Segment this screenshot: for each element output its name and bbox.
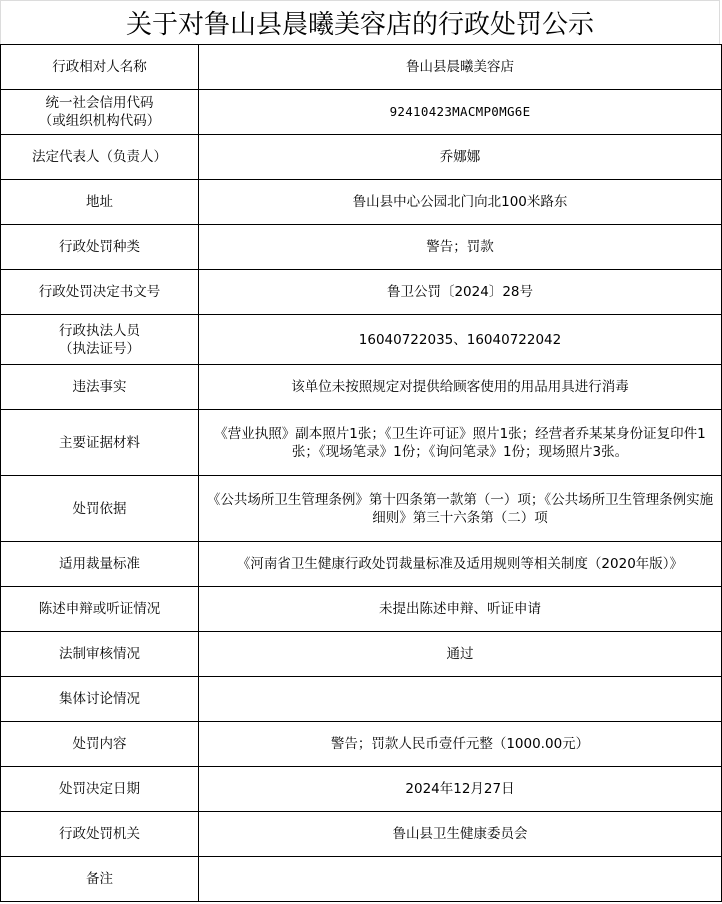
label-text: 行政处罚决定书文号 (39, 283, 161, 301)
row-label: 法制审核情况 (1, 632, 199, 677)
label-text: 适用裁量标准 (59, 555, 140, 573)
value-text: 16040722035、16040722042 (359, 331, 561, 349)
row-value: 乔娜娜 (199, 135, 722, 180)
row-label: 陈述申辩或听证情况 (1, 587, 199, 632)
table-row-decision-date: 处罚决定日期 2024年12月27日 (1, 767, 722, 812)
table-row-evidence: 主要证据材料 《营业执照》副本照片1张；《卫生许可证》照片1张；经营者乔某某身份… (1, 410, 722, 476)
value-text: 鲁山县卫生健康委员会 (393, 825, 528, 843)
row-value: 该单位未按照规定对提供给顾客使用的用品用具进行消毒 (199, 365, 722, 410)
row-value: 92410423MACMP0MG6E (199, 90, 722, 135)
label-text: 处罚依据 (73, 500, 127, 518)
table-row-collective-discussion: 集体讨论情况 (1, 677, 722, 722)
row-value: 鲁山县卫生健康委员会 (199, 812, 722, 857)
table-row-enforcement-officers: 行政执法人员 （执法证号） 16040722035、16040722042 (1, 315, 722, 365)
row-label: 主要证据材料 (1, 410, 199, 476)
value-text: 乔娜娜 (440, 148, 481, 166)
value-text: 鲁山县晨曦美容店 (406, 58, 514, 76)
label-text: 备注 (86, 870, 113, 888)
table-row-legal-review: 法制审核情况 通过 (1, 632, 722, 677)
row-value: 鲁卫公罚〔2024〕28号 (199, 270, 722, 315)
credit-code-value: 92410423MACMP0MG6E (390, 103, 531, 121)
row-label: 违法事实 (1, 365, 199, 410)
table-row-credit-code: 统一社会信用代码 （或组织机构代码） 92410423MACMP0MG6E (1, 90, 722, 135)
value-text: 《公共场所卫生管理条例》第十四条第一款第（一）项；《公共场所卫生管理条例实施细则… (205, 491, 715, 527)
title-cell: 关于对鲁山县晨曦美容店的行政处罚公示 (0, 0, 720, 44)
table-row-decision-number: 行政处罚决定书文号 鲁卫公罚〔2024〕28号 (1, 270, 722, 315)
table-row-remarks: 备注 (1, 857, 722, 902)
value-text: 《河南省卫生健康行政处罚裁量标准及适用规则等相关制度（2020年版）》 (237, 555, 683, 573)
row-value (199, 677, 722, 722)
value-text: 鲁卫公罚〔2024〕28号 (387, 283, 533, 301)
row-value: 鲁山县中心公园北门向北100米路东 (199, 180, 722, 225)
row-label: 行政处罚种类 (1, 225, 199, 270)
value-text: 该单位未按照规定对提供给顾客使用的用品用具进行消毒 (291, 378, 629, 396)
row-value (199, 857, 722, 902)
row-label: 行政执法人员 （执法证号） (1, 315, 199, 365)
row-label: 备注 (1, 857, 199, 902)
table-row-penalty-content: 处罚内容 警告；罚款人民币壹仟元整（1000.00元） (1, 722, 722, 767)
row-label: 处罚内容 (1, 722, 199, 767)
row-label: 处罚决定日期 (1, 767, 199, 812)
row-value: 警告；罚款 (199, 225, 722, 270)
row-value: 《河南省卫生健康行政处罚裁量标准及适用规则等相关制度（2020年版）》 (199, 542, 722, 587)
row-value: 警告；罚款人民币壹仟元整（1000.00元） (199, 722, 722, 767)
label-text: 集体讨论情况 (59, 690, 140, 708)
label-text-line2: （执法证号） (59, 340, 140, 358)
label-text: 地址 (86, 193, 113, 211)
row-label: 集体讨论情况 (1, 677, 199, 722)
row-label: 行政处罚机关 (1, 812, 199, 857)
table-row-penalty-type: 行政处罚种类 警告；罚款 (1, 225, 722, 270)
label-text: 陈述申辩或听证情况 (39, 600, 161, 618)
label-text: 法定代表人（负责人） (32, 148, 167, 166)
row-value: 2024年12月27日 (199, 767, 722, 812)
label-text: 违法事实 (73, 378, 127, 396)
row-label: 行政处罚决定书文号 (1, 270, 199, 315)
label-text: 主要证据材料 (59, 434, 140, 452)
table-row-party-name: 行政相对人名称 鲁山县晨曦美容店 (1, 45, 722, 90)
row-label: 地址 (1, 180, 199, 225)
table-row-statement-hearing: 陈述申辩或听证情况 未提出陈述申辩、听证申请 (1, 587, 722, 632)
label-text: 行政相对人名称 (52, 58, 147, 76)
label-text: 法制审核情况 (59, 645, 140, 663)
table-row-legal-rep: 法定代表人（负责人） 乔娜娜 (1, 135, 722, 180)
row-value: 通过 (199, 632, 722, 677)
label-text: 行政处罚种类 (59, 238, 140, 256)
row-value: 16040722035、16040722042 (199, 315, 722, 365)
value-text: 《营业执照》副本照片1张；《卫生许可证》照片1张；经营者乔某某身份证复印件1张；… (205, 425, 715, 461)
table-row-discretion-standard: 适用裁量标准 《河南省卫生健康行政处罚裁量标准及适用规则等相关制度（2020年版… (1, 542, 722, 587)
row-value: 鲁山县晨曦美容店 (199, 45, 722, 90)
table-row-address: 地址 鲁山县中心公园北门向北100米路东 (1, 180, 722, 225)
label-text-line1: 行政执法人员 (59, 322, 140, 340)
row-label: 统一社会信用代码 （或组织机构代码） (1, 90, 199, 135)
row-value: 《营业执照》副本照片1张；《卫生许可证》照片1张；经营者乔某某身份证复印件1张；… (199, 410, 722, 476)
label-text: 处罚内容 (73, 735, 127, 753)
row-value: 《公共场所卫生管理条例》第十四条第一款第（一）项；《公共场所卫生管理条例实施细则… (199, 476, 722, 542)
value-text: 2024年12月27日 (405, 780, 514, 798)
row-value: 未提出陈述申辩、听证申请 (199, 587, 722, 632)
label-text-line2: （或组织机构代码） (39, 112, 161, 130)
value-text: 通过 (447, 645, 474, 663)
table-row-authority: 行政处罚机关 鲁山县卫生健康委员会 (1, 812, 722, 857)
value-text: 警告；罚款人民币壹仟元整（1000.00元） (331, 735, 589, 753)
value-text: 鲁山县中心公园北门向北100米路东 (353, 193, 568, 211)
row-label: 法定代表人（负责人） (1, 135, 199, 180)
label-text: 行政处罚机关 (59, 825, 140, 843)
penalty-notice-table: 行政相对人名称 鲁山县晨曦美容店 统一社会信用代码 （或组织机构代码） 9241… (0, 44, 722, 902)
row-label: 行政相对人名称 (1, 45, 199, 90)
label-text: 处罚决定日期 (59, 780, 140, 798)
row-label: 处罚依据 (1, 476, 199, 542)
value-text: 警告；罚款 (426, 238, 494, 256)
table-row-violation-facts: 违法事实 该单位未按照规定对提供给顾客使用的用品用具进行消毒 (1, 365, 722, 410)
value-text: 未提出陈述申辩、听证申请 (379, 600, 541, 618)
page-title: 关于对鲁山县晨曦美容店的行政处罚公示 (126, 4, 594, 41)
row-label: 适用裁量标准 (1, 542, 199, 587)
label-text-line1: 统一社会信用代码 (46, 94, 154, 112)
table-row-legal-basis: 处罚依据 《公共场所卫生管理条例》第十四条第一款第（一）项；《公共场所卫生管理条… (1, 476, 722, 542)
